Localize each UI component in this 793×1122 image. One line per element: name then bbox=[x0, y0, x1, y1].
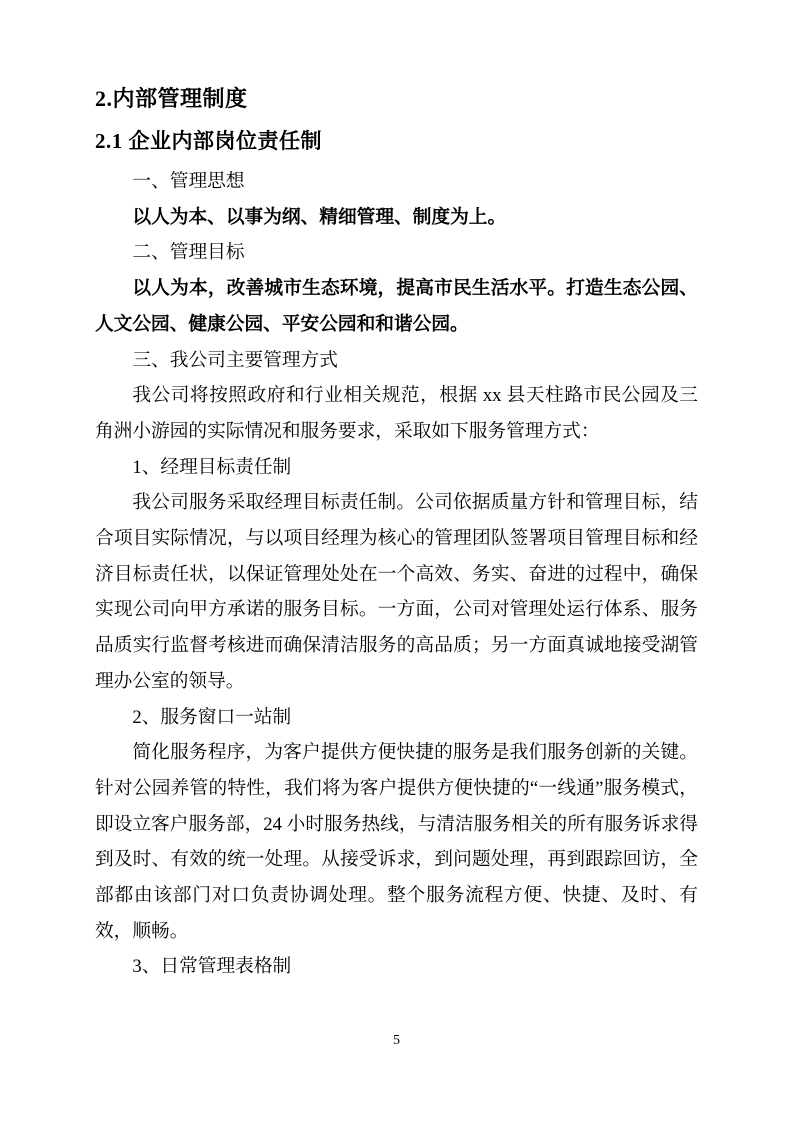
paragraph: 2、服务窗口一站制 bbox=[95, 700, 698, 736]
paragraph: 二、管理目标 bbox=[95, 235, 698, 271]
heading-section: 2.内部管理制度 bbox=[95, 84, 698, 114]
paragraph: 简化服务程序，为客户提供方便快捷的服务是我们服务创新的关键。针对公园养管的特性，… bbox=[95, 735, 698, 949]
document-body: 一、管理思想以人为本、以事为纲、精细管理、制度为上。二、管理目标以人为本，改善城… bbox=[95, 164, 698, 985]
heading-subsection: 2.1 企业内部岗位责任制 bbox=[95, 126, 698, 156]
paragraph: 3、日常管理表格制 bbox=[95, 949, 698, 985]
paragraph: 三、我公司主要管理方式 bbox=[95, 343, 698, 379]
paragraph: 以人为本、以事为纲、精细管理、制度为上。 bbox=[95, 200, 698, 236]
paragraph: 我公司服务采取经理目标责任制。公司依据质量方针和管理目标，结合项目实际情况，与以… bbox=[95, 485, 698, 699]
paragraph: 以人为本，改善城市生态环境，提高市民生活水平。打造生态公园、人文公园、健康公园、… bbox=[95, 271, 698, 342]
page-number: 5 bbox=[0, 1032, 793, 1050]
paragraph: 一、管理思想 bbox=[95, 164, 698, 200]
document-page: 2.内部管理制度 2.1 企业内部岗位责任制 一、管理思想以人为本、以事为纲、精… bbox=[0, 0, 793, 1122]
paragraph: 我公司将按照政府和行业相关规范，根据 xx 县天柱路市民公园及三角洲小游园的实际… bbox=[95, 378, 698, 449]
paragraph: 1、经理目标责任制 bbox=[95, 450, 698, 486]
